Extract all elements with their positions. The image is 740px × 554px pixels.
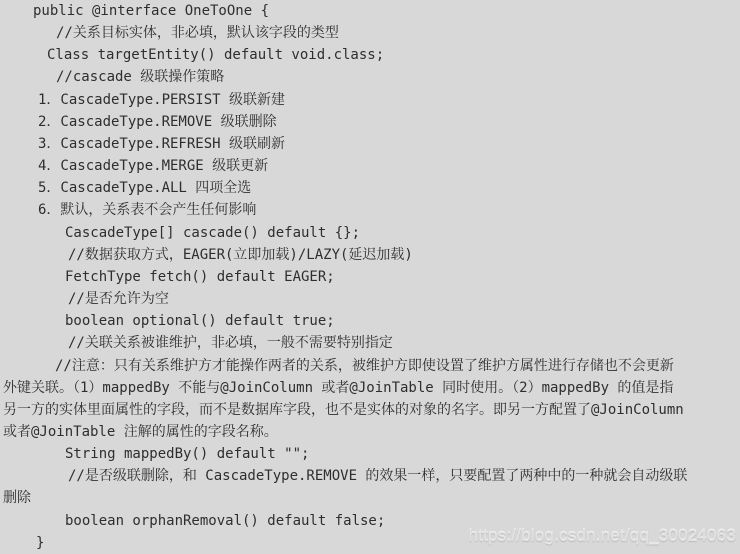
code-line: boolean orphanRemoval() default false; <box>0 510 740 532</box>
code-line: //关联关系被谁维护，非必填，一般不需要特别指定 <box>0 332 740 354</box>
code-line: 5．CascadeType.ALL 四项全选 <box>0 177 740 199</box>
code-line: Class targetEntity() default void.class; <box>0 44 740 66</box>
code-line: } <box>0 532 740 554</box>
code-line: 外键关联。（1）mappedBy 不能与@JoinColumn 或者@JoinT… <box>0 377 740 399</box>
code-line: //是否允许为空 <box>0 288 740 310</box>
code-line: //关系目标实体，非必填，默认该字段的类型 <box>0 22 740 44</box>
code-line: //数据获取方式，EAGER(立即加载)/LAZY(延迟加载) <box>0 244 740 266</box>
code-line: //cascade 级联操作策略 <box>0 66 740 88</box>
code-line: 或者@JoinTable 注解的属性的字段名称。 <box>0 421 740 443</box>
code-line: 3．CascadeType.REFRESH 级联刷新 <box>0 133 740 155</box>
code-line: 4．CascadeType.MERGE 级联更新 <box>0 155 740 177</box>
code-line: public @interface OneToOne { <box>0 0 740 22</box>
code-line: CascadeType[] cascade() default {}; <box>0 222 740 244</box>
code-line: 删除 <box>0 487 740 509</box>
screenshot-root: { "page": { "background_color": "#d8d8d8… <box>0 0 740 554</box>
code-line: 另一方的实体里面属性的字段，而不是数据库字段，也不是实体的对象的名字。即另一方配… <box>0 399 740 421</box>
code-line: 2．CascadeType.REMOVE 级联删除 <box>0 111 740 133</box>
code-line: //是否级联删除，和 CascadeType.REMOVE 的效果一样，只要配置… <box>0 465 740 487</box>
code-line: 1．CascadeType.PERSIST 级联新建 <box>0 89 740 111</box>
code-line: //注意：只有关系维护方才能操作两者的关系，被维护方即使设置了维护方属性进行存储… <box>0 355 740 377</box>
code-block: public @interface OneToOne {//关系目标实体，非必填… <box>0 0 740 554</box>
code-line: 6．默认，关系表不会产生任何影响 <box>0 199 740 221</box>
code-line: FetchType fetch() default EAGER; <box>0 266 740 288</box>
code-line: boolean optional() default true; <box>0 310 740 332</box>
code-line: String mappedBy() default ""; <box>0 443 740 465</box>
